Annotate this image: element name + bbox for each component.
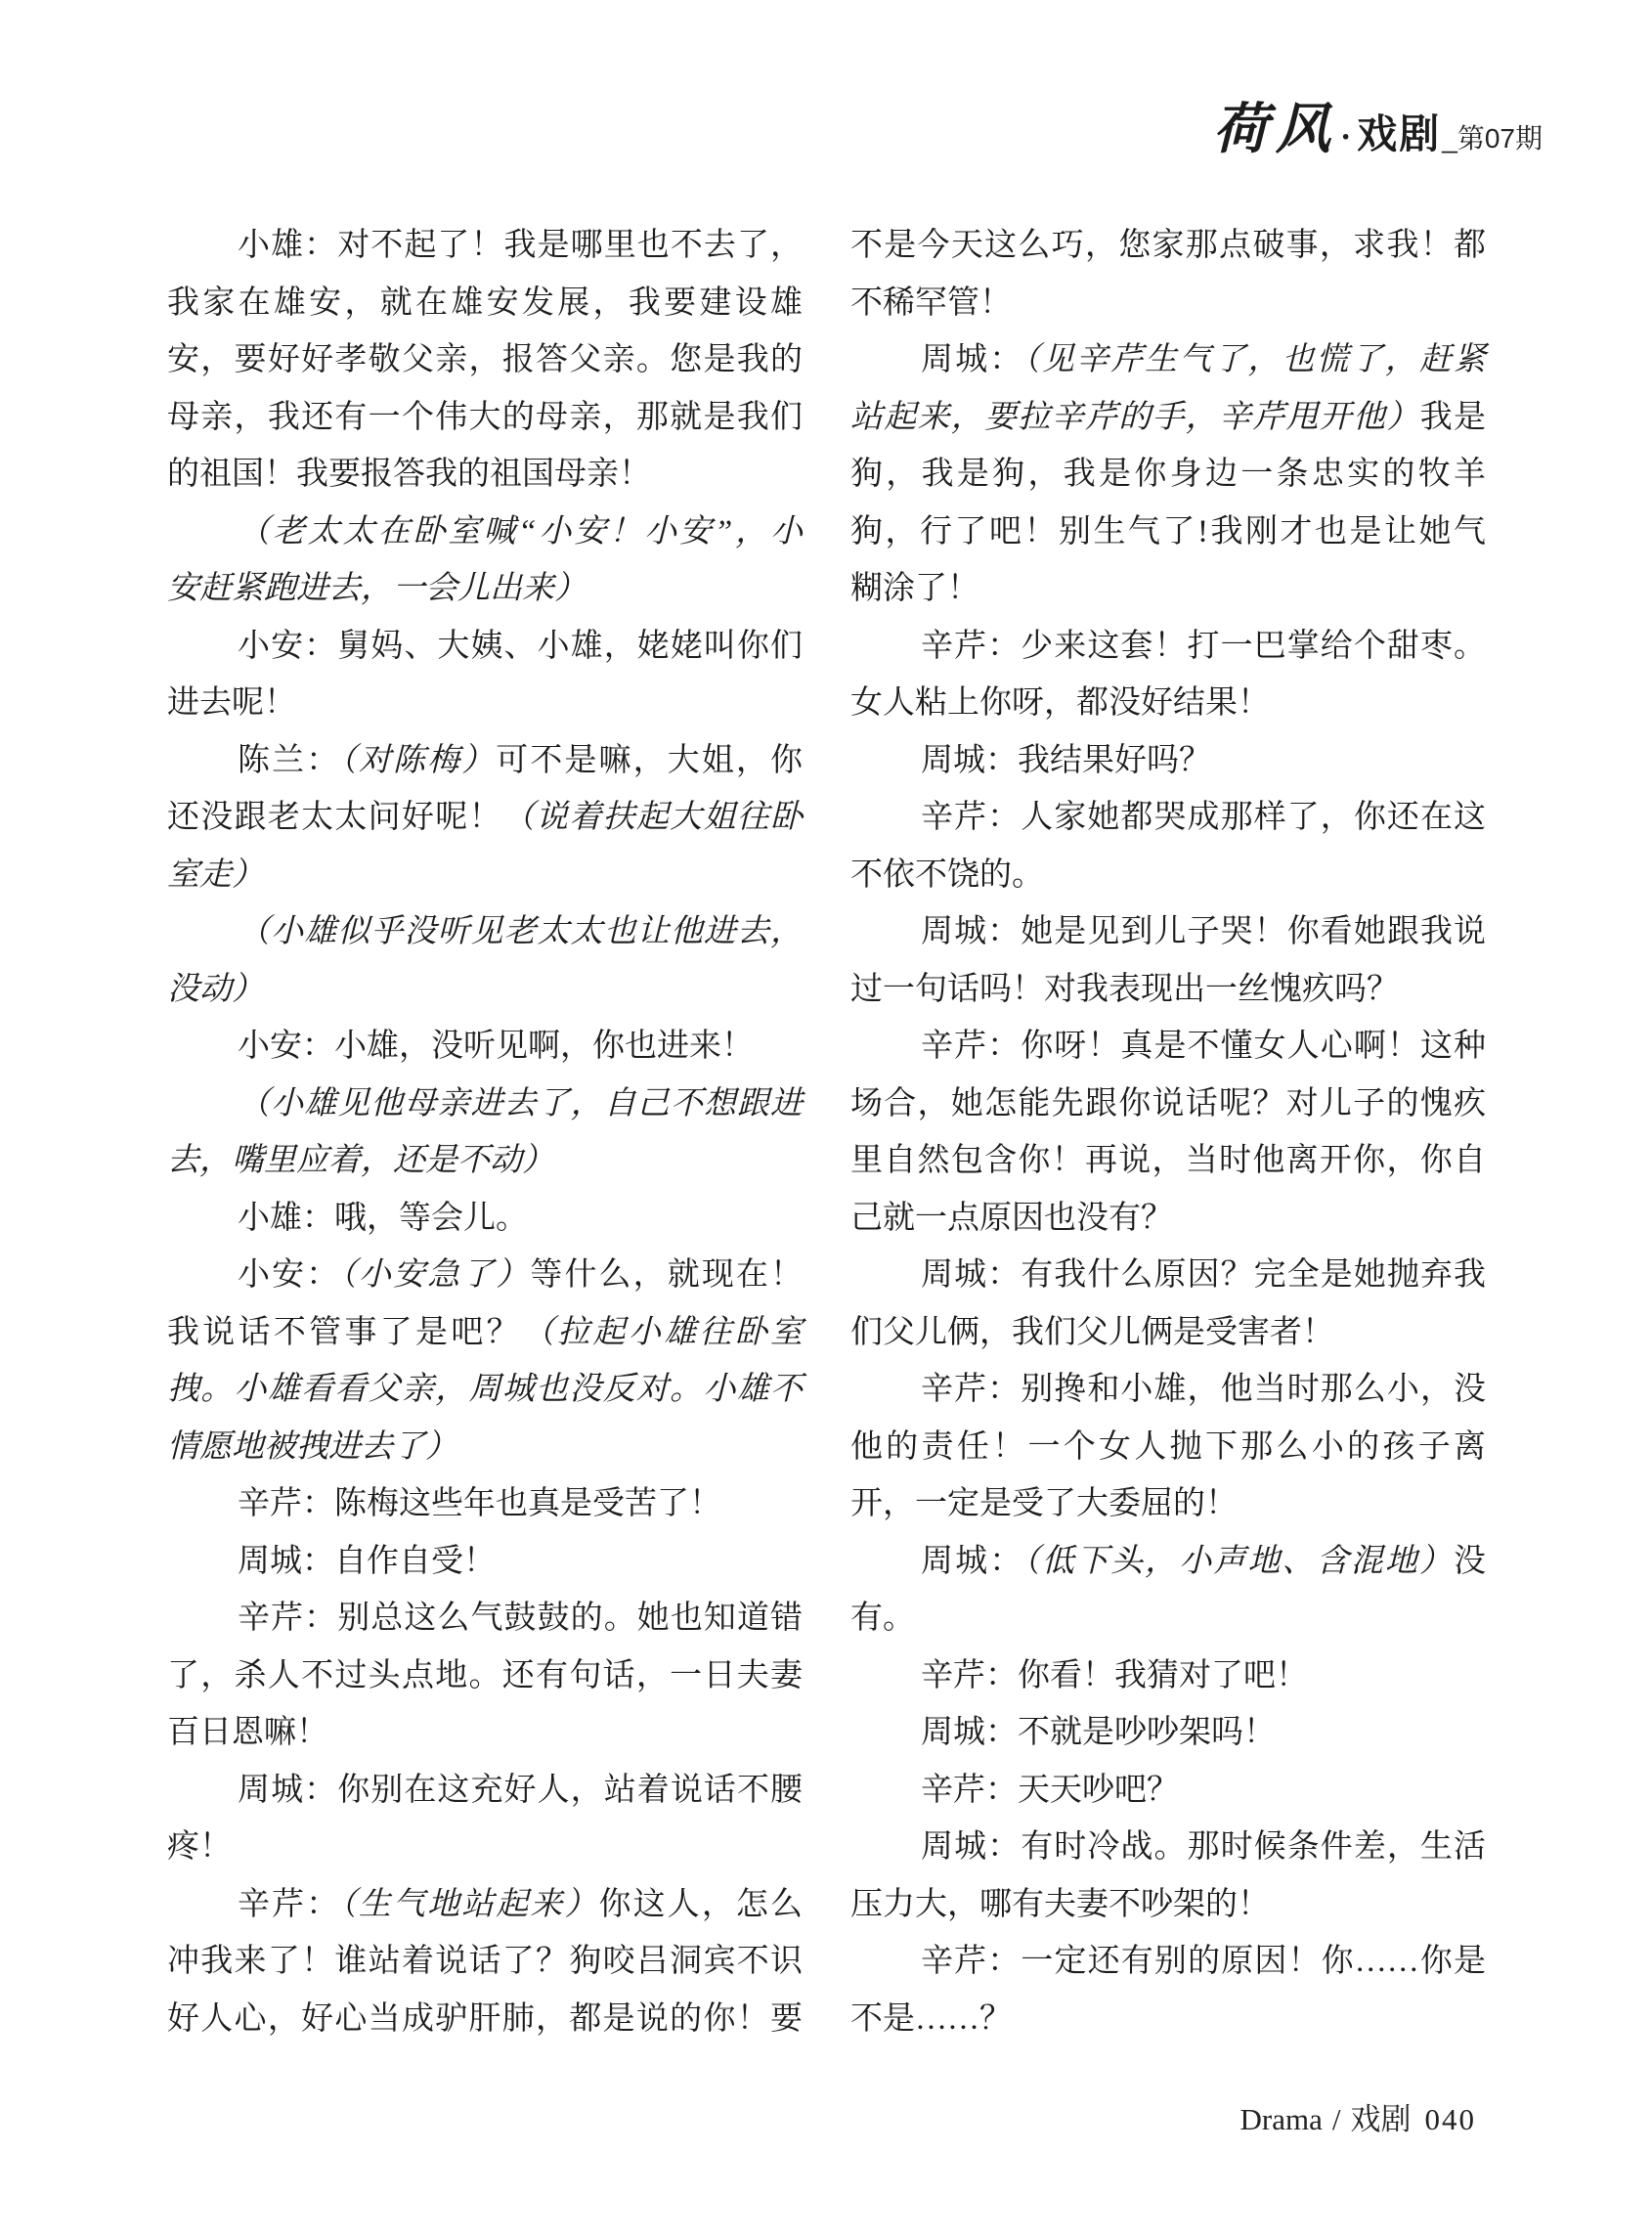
script-line: 己就一点原因也没有？ [850, 1190, 1486, 1248]
dialogue-text: 进去呢！ [167, 685, 296, 721]
dialogue-text: 辛芹：你看！我猜对了吧！ [921, 1658, 1308, 1693]
dialogue-text: 了，杀人不过头点地。还有句话，一日夫妻 [167, 1658, 803, 1693]
script-column-left: 小雄：对不起了！我是哪里也不去了，我家在雄安，就在雄安发展，我要建设雄安，要好好… [167, 217, 803, 2047]
script-line: 去，嘴里应着，还是不动） [167, 1132, 803, 1190]
script-line: 辛芹：（生气地站起来）你这人，怎么 [167, 1876, 803, 1934]
dialogue-text: 辛芹：人家她都哭成那样了，你还在这 [921, 800, 1486, 835]
dialogue-text: 不稀罕管！ [850, 285, 1012, 321]
script-line: 狗，行了吧！别生气了!我刚才也是让她气 [850, 504, 1486, 561]
dialogue-text: 还没跟老太太问好呢！ [167, 800, 502, 835]
dialogue-text: 有。 [850, 1601, 915, 1636]
stage-direction-text: （小雄见他母亲进去了，自己不想跟进 [238, 1086, 803, 1121]
stage-direction-text: （拉起小雄往卧室 [522, 1315, 803, 1350]
stage-direction-text: （小安急了） [340, 1257, 530, 1293]
dialogue-text: 周城：不就是吵吵架吗！ [921, 1715, 1276, 1750]
script-line: 没动） [167, 961, 803, 1019]
script-line: 疼！ [167, 1819, 803, 1876]
script-line: 小雄：哦，等会儿。 [167, 1190, 803, 1248]
script-line: 过一句话吗！对我表现出一丝愧疚吗？ [850, 961, 1486, 1019]
dialogue-text: 周城：自作自受！ [238, 1544, 496, 1579]
script-line: 狗，我是狗，我是你身边一条忠实的牧羊 [850, 446, 1486, 504]
script-line: 不稀罕管！ [850, 275, 1486, 332]
stage-direction-text: 站起来，要拉辛芹的手，辛芹甩开他） [850, 400, 1420, 435]
script-line: 辛芹：别搀和小雄，他当时那么小，没 [850, 1361, 1486, 1419]
script-line: 小安：小雄，没听见啊，你也进来！ [167, 1018, 803, 1076]
dialogue-text: 好人心，好心当成驴肝肺，都是说的你！要 [167, 2001, 803, 2037]
dialogue-text: 的祖国！我要报答我的祖国母亲！ [167, 457, 651, 492]
dialogue-text: 他的责任！一个女人抛下那么小的孩子离 [850, 1429, 1486, 1465]
script-line: 场合，她怎能先跟你说话呢？对儿子的愧疚 [850, 1076, 1486, 1133]
dialogue-text: 百日恩嘛！ [167, 1715, 328, 1750]
script-line: （小雄见他母亲进去了，自己不想跟进 [167, 1076, 803, 1133]
stage-direction-text: （说着扶起大姐往卧 [502, 800, 803, 835]
script-line: 小雄：对不起了！我是哪里也不去了， [167, 217, 803, 275]
script-line: 安赶紧跑进去，一会儿出来） [167, 560, 803, 618]
dialogue-text: 母亲，我还有一个伟大的母亲，那就是我们 [167, 400, 803, 435]
script-line: 拽。小雄看看父亲，周城也没反对。小雄不 [167, 1361, 803, 1419]
footer-separator: / [1332, 2102, 1341, 2137]
script-line: 周城：（见辛芹生气了，也慌了，赶紧 [850, 331, 1486, 389]
script-line: （老太太在卧室喊“小安！小安”，小 [167, 504, 803, 561]
stage-direction-text: （小雄似乎没听见老太太也让他进去， [238, 914, 803, 949]
page-footer: Drama / 戏剧 040 [1240, 2094, 1476, 2138]
script-line: 辛芹：少来这套！打一巴掌给个甜枣。 [850, 618, 1486, 676]
dialogue-text: 可不是嘛，大姐，你 [496, 743, 803, 778]
script-line: 辛芹：天天吵吧？ [850, 1762, 1486, 1820]
script-line: 室走） [167, 847, 803, 904]
dialogue-text: 小安： [238, 1257, 340, 1293]
footer-section-en: Drama [1240, 2102, 1323, 2137]
script-line: 辛芹：你看！我猜对了吧！ [850, 1647, 1486, 1705]
dialogue-text: 不是……？ [850, 2001, 1012, 2037]
script-line: 周城：有时冷战。那时候条件差，生活 [850, 1819, 1486, 1876]
script-line: 有。 [850, 1590, 1486, 1647]
dialogue-text: 辛芹：陈梅这些年也真是受苦了！ [238, 1486, 721, 1521]
script-line: 安，要好好孝敬父亲，报答父亲。您是我的 [167, 331, 803, 389]
script-line: 辛芹：人家她都哭成那样了，你还在这 [850, 789, 1486, 847]
dialogue-text: 场合，她怎能先跟你说话呢？对儿子的愧疚 [850, 1086, 1486, 1121]
script-line: （小雄似乎没听见老太太也让他进去， [167, 903, 803, 961]
dialogue-text: 不是今天这么巧，您家那点破事，求我！都 [850, 228, 1486, 263]
dialogue-text: 疼！ [167, 1829, 232, 1865]
script-line: 情愿地被拽进去了） [167, 1419, 803, 1476]
dialogue-text: 辛芹：别总这么气鼓鼓的。她也知道错 [238, 1601, 803, 1636]
dialogue-text: 等什么，就现在！ [530, 1257, 803, 1293]
dialogue-text: 周城： [921, 1544, 1023, 1579]
dialogue-text: 小安：舅妈、大姨、小雄，姥姥叫你们 [238, 629, 803, 664]
brand-separator-dot: · [1340, 119, 1351, 156]
issue-number: _第07期 [1442, 117, 1543, 156]
brand-logo-script: 荷风 [1213, 103, 1338, 157]
script-line: 了，杀人不过头点地。还有句话，一日夫妻 [167, 1647, 803, 1705]
script-line: 周城：我结果好吗？ [850, 732, 1486, 790]
page-number: 040 [1425, 2102, 1477, 2137]
script-line: 辛芹：你呀！真是不懂女人心啊！这种 [850, 1018, 1486, 1076]
script-line: 我说话不管事了是吧？（拉起小雄往卧室 [167, 1304, 803, 1362]
dialogue-text: 小雄：哦，等会儿。 [238, 1201, 528, 1236]
dialogue-text: 们父儿俩，我们父儿俩是受害者！ [850, 1315, 1334, 1350]
magazine-page: 荷风 · 戏剧 _第07期 小雄：对不起了！我是哪里也不去了，我家在雄安，就在雄… [0, 0, 1652, 2240]
dialogue-text: 周城：有我什么原因？完全是她抛弃我 [921, 1257, 1486, 1293]
script-line: 小安：舅妈、大姨、小雄，姥姥叫你们 [167, 618, 803, 676]
dialogue-text: 我家在雄安，就在雄安发展，我要建设雄 [167, 285, 803, 321]
script-line: 周城：你别在这充好人，站着说话不腰 [167, 1762, 803, 1820]
footer-section-zh: 戏剧 [1351, 2094, 1412, 2138]
script-line: 压力大，哪有夫妻不吵架的！ [850, 1876, 1486, 1934]
dialogue-text: 糊涂了！ [850, 571, 979, 606]
brand-section-name: 戏剧 [1357, 102, 1441, 159]
script-line: 好人心，好心当成驴肝肺，都是说的你！要 [167, 1991, 803, 2048]
script-line: 进去呢！ [167, 675, 803, 732]
script-line: 辛芹：别总这么气鼓鼓的。她也知道错 [167, 1590, 803, 1647]
dialogue-text: 开，一定是受了大委屈的！ [850, 1486, 1238, 1521]
script-line: 辛芹：陈梅这些年也真是受苦了！ [167, 1475, 803, 1533]
dialogue-text: 辛芹：你呀！真是不懂女人心啊！这种 [921, 1029, 1486, 1064]
dialogue-text: 周城： [921, 342, 1023, 377]
script-line: 小安：（小安急了）等什么，就现在！ [167, 1247, 803, 1304]
dialogue-text: 你这人，怎么 [599, 1887, 803, 1922]
stage-direction-text: （老太太在卧室喊“小安！小安”，小 [238, 514, 803, 549]
script-line: 周城：她是见到儿子哭！你看她跟我说 [850, 903, 1486, 961]
script-line: 还没跟老太太问好呢！（说着扶起大姐往卧 [167, 789, 803, 847]
dialogue-text: 小雄：对不起了！我是哪里也不去了， [238, 228, 803, 263]
page-header: 荷风 · 戏剧 _第07期 [1213, 102, 1543, 159]
dialogue-text: 陈兰： [238, 743, 340, 778]
script-line: 百日恩嘛！ [167, 1704, 803, 1762]
dialogue-text: 压力大，哪有夫妻不吵架的！ [850, 1887, 1270, 1922]
script-line: 周城：有我什么原因？完全是她抛弃我 [850, 1247, 1486, 1304]
script-line: 里自然包含你！再说，当时他离开你，你自 [850, 1132, 1486, 1190]
dialogue-text: 里自然包含你！再说，当时他离开你，你自 [850, 1143, 1486, 1178]
script-line: 周城：自作自受！ [167, 1533, 803, 1591]
stage-direction-text: 没动） [167, 972, 264, 1007]
dialogue-text: 小安：小雄，没听见啊，你也进来！ [238, 1029, 754, 1064]
script-line: 站起来，要拉辛芹的手，辛芹甩开他）我是 [850, 389, 1486, 447]
dialogue-text: 辛芹：天天吵吧？ [921, 1773, 1179, 1808]
stage-direction-text: 拽。小雄看看父亲，周城也没反对。小雄不 [167, 1372, 803, 1407]
script-line: 陈兰：（对陈梅）可不是嘛，大姐，你 [167, 732, 803, 790]
script-line: 周城：（低下头，小声地、含混地）没 [850, 1533, 1486, 1591]
dialogue-text: 辛芹：一定还有别的原因！你……你是 [921, 1944, 1486, 1979]
script-line: 辛芹：一定还有别的原因！你……你是 [850, 1933, 1486, 1991]
stage-direction-text: （低下头，小声地、含混地） [1023, 1544, 1454, 1579]
script-line: 周城：不就是吵吵架吗！ [850, 1704, 1486, 1762]
script-line: 不是今天这么巧，您家那点破事，求我！都 [850, 217, 1486, 275]
script-line: 的祖国！我要报答我的祖国母亲！ [167, 446, 803, 504]
dialogue-text: 女人粘上你呀，都没好结果！ [850, 685, 1270, 721]
stage-direction-text: 去，嘴里应着，还是不动） [167, 1143, 554, 1178]
stage-direction-text: （见辛芹生气了，也慌了，赶紧 [1023, 342, 1486, 377]
dialogue-text: 辛芹：少来这套！打一巴掌给个甜枣。 [921, 629, 1486, 664]
script-line: 不依不饶的。 [850, 847, 1486, 904]
dialogue-text: 我是 [1420, 400, 1486, 435]
dialogue-text: 辛芹：别搀和小雄，他当时那么小，没 [921, 1372, 1486, 1407]
script-line: 女人粘上你呀，都没好结果！ [850, 675, 1486, 732]
dialogue-text: 辛芹： [238, 1887, 340, 1922]
dialogue-text: 周城：有时冷战。那时候条件差，生活 [921, 1829, 1486, 1865]
script-line: 开，一定是受了大委屈的！ [850, 1475, 1486, 1533]
dialogue-text: 安，要好好孝敬父亲，报答父亲。您是我的 [167, 342, 803, 377]
dialogue-text: 不依不饶的。 [850, 857, 1044, 893]
dialogue-text: 周城：我结果好吗？ [921, 743, 1211, 778]
dialogue-text: 周城：她是见到儿子哭！你看她跟我说 [921, 914, 1486, 949]
dialogue-text: 狗，我是狗，我是你身边一条忠实的牧羊 [850, 457, 1486, 492]
stage-direction-text: 情愿地被拽进去了） [167, 1429, 457, 1465]
dialogue-text: 狗，行了吧！别生气了!我刚才也是让她气 [850, 514, 1486, 549]
stage-direction-text: （生气地站起来） [340, 1887, 598, 1922]
stage-direction-text: 室走） [167, 857, 264, 893]
stage-direction-text: 安赶紧跑进去，一会儿出来） [167, 571, 587, 606]
script-line: 我家在雄安，就在雄安发展，我要建设雄 [167, 275, 803, 332]
dialogue-text: 己就一点原因也没有？ [850, 1201, 1173, 1236]
script-line: 冲我来了！谁站着说话了？狗咬吕洞宾不识 [167, 1933, 803, 1991]
script-line: 母亲，我还有一个伟大的母亲，那就是我们 [167, 389, 803, 447]
dialogue-text: 我说话不管事了是吧？ [167, 1315, 522, 1350]
script-line: 他的责任！一个女人抛下那么小的孩子离 [850, 1419, 1486, 1476]
script-line: 们父儿俩，我们父儿俩是受害者！ [850, 1304, 1486, 1362]
script-line: 不是……？ [850, 1991, 1486, 2048]
dialogue-text: 过一句话吗！对我表现出一丝愧疚吗？ [850, 972, 1399, 1007]
script-column-right: 不是今天这么巧，您家那点破事，求我！都不稀罕管！周城：（见辛芹生气了，也慌了，赶… [850, 217, 1486, 2047]
script-line: 糊涂了！ [850, 560, 1486, 618]
stage-direction-text: （对陈梅） [340, 743, 496, 778]
dialogue-text: 周城：你别在这充好人，站着说话不腰 [238, 1773, 803, 1808]
dialogue-text: 没 [1454, 1544, 1486, 1579]
dialogue-text: 冲我来了！谁站着说话了？狗咬吕洞宾不识 [167, 1944, 803, 1979]
